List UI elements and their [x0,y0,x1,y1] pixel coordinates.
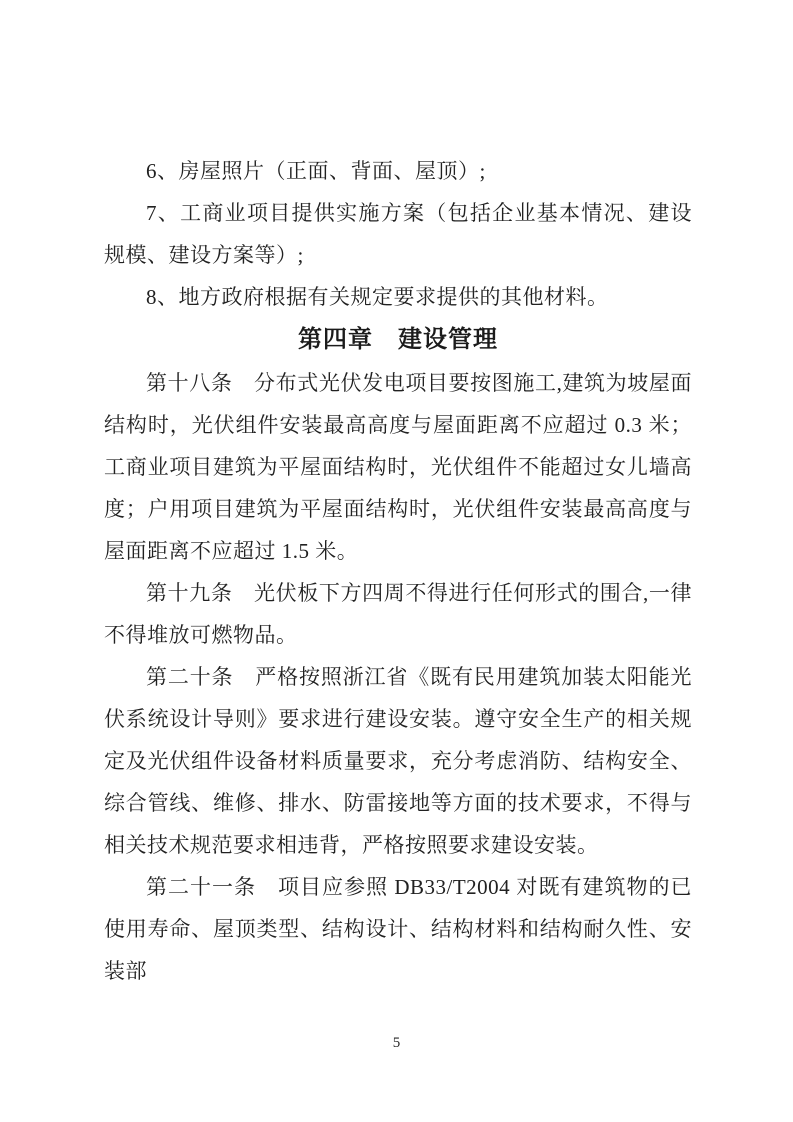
document-page: 6、房屋照片（正面、背面、屋顶）; 7、工商业项目提供实施方案（包括企业基本情况… [0,0,793,1122]
chapter-heading: 第四章 建设管理 [104,318,692,362]
list-item-6: 6、房屋照片（正面、背面、屋顶）; [104,150,692,192]
list-item-8: 8、地方政府根据有关规定要求提供的其他材料。 [104,276,692,318]
article-20-paragraph: 第二十条 严格按照浙江省《既有民用建筑加装太阳能光伏系统设计导则》要求进行建设安… [104,656,692,866]
page-number: 5 [0,1032,793,1054]
article-18-paragraph: 第十八条 分布式光伏发电项目要按图施工,建筑为坡屋面结构时，光伏组件安装最高高度… [104,362,692,572]
article-19-paragraph: 第十九条 光伏板下方四周不得进行任何形式的围合,一律不得堆放可燃物品。 [104,572,692,656]
document-body: 6、房屋照片（正面、背面、屋顶）; 7、工商业项目提供实施方案（包括企业基本情况… [104,150,692,992]
article-21-paragraph: 第二十一条 项目应参照 DB33/T2004 对既有建筑物的已使用寿命、屋顶类型… [104,866,692,992]
list-item-7: 7、工商业项目提供实施方案（包括企业基本情况、建设规模、建设方案等）; [104,192,692,276]
